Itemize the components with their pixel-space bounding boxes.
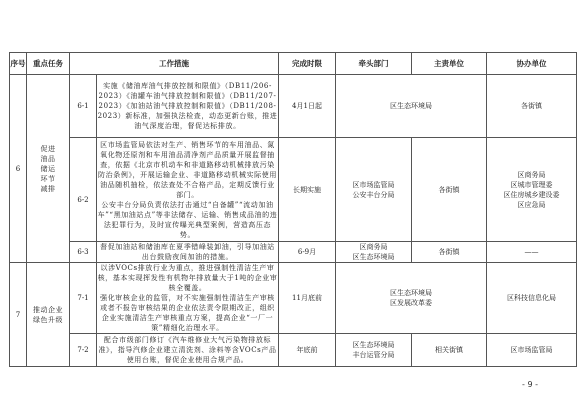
measure-paragraph: 实施《储油库油气排放控制和限值》（DB11/206-2023）《油罐车油气排放控… (97, 81, 278, 131)
dept-name: 区生态环境局 (336, 340, 411, 350)
lead-cell: 区生态环境局 丰台运管分局 (336, 334, 412, 367)
page-number: - 9 - (515, 380, 545, 389)
measure-paragraph: 配合市级部门修订《汽车维修业大气污染物排放标准》，指导汽修企业建立清洗剂、涂料等… (97, 335, 278, 365)
table-row: 6 促进 油品 储运 环节 减排 6-1 实施《储油库油气排放控制和限值》（DB… (10, 75, 577, 138)
header-measures: 工作措施 (70, 53, 279, 75)
table-row: 7 推动企业 绿色升级 7-1 以涉VOCs排放行业为重点，推进强制性清洁生产审… (10, 263, 577, 334)
measure-id: 7-2 (70, 334, 97, 367)
dept-name: 丰台运管分局 (336, 350, 411, 360)
table-header-row: 序号 重点任务 工作措施 完成时限 牵头部门 主责单位 协办单位 (10, 53, 577, 75)
dept-name: 区生态环境局 (336, 252, 411, 262)
dept-name: —— (487, 247, 576, 257)
dept-name: 公安丰台分局 (336, 190, 411, 200)
task-cell: 推动企业 绿色升级 (27, 263, 70, 367)
deadline-cell: 4月1日起 (279, 75, 336, 138)
measure-paragraph: 区市场监管局依法对生产、销售环节的车用油品、氮氧化物还原剂和车用油品清净剂产品质… (97, 140, 278, 200)
responsible-cell: 各街镇 (412, 242, 487, 263)
deadline-cell: 年底前 (279, 334, 336, 367)
header-deadline: 完成时限 (279, 53, 336, 75)
assist-cell: 区市场监管局 (487, 334, 577, 367)
deadline-cell: 11月底前 (279, 263, 336, 334)
table-row: 6-3 督促加油站和储油库在夏季错峰装卸油，引导加油站出台鼓励夜间加油的措施。 … (10, 242, 577, 263)
deadline-cell: 长期实施 (279, 138, 336, 242)
measure-text: 以涉VOCs排放行业为重点，推进强制性清洁生产审核，基本实现挥发性有机物年排放量… (97, 263, 279, 334)
task-cell: 促进 油品 储运 环节 减排 (27, 75, 70, 263)
dept-name: 相关街镇 (412, 345, 486, 355)
header-responsible: 主责单位 (412, 53, 487, 75)
measure-text: 区市场监管局依法对生产、销售环节的车用油品、氮氧化物还原剂和车用油品清净剂产品质… (97, 138, 279, 242)
dept-name: 区商务局 (336, 242, 411, 252)
task-line: 绿色升级 (27, 315, 69, 325)
responsible-cell: 各街镇 (412, 138, 487, 242)
header-task: 重点任务 (27, 53, 70, 75)
lead-responsible-cell: 区生态环境局 (336, 75, 487, 138)
lead-responsible-cell: 区生态环境局 区发展改革委 (336, 263, 487, 334)
dept-name: 区发展改革委 (336, 298, 486, 308)
header-lead: 牵头部门 (336, 53, 412, 75)
measure-text: 配合市级部门修订《汽车维修业大气污染物排放标准》，指导汽修企业建立清洗剂、涂料等… (97, 334, 279, 367)
task-line: 环节 (27, 174, 69, 184)
assist-cell: 各街镇 (487, 75, 577, 138)
dept-name: 区生态环境局 (336, 101, 486, 111)
measure-text: 督促加油站和储油库在夏季错峰装卸油，引导加油站出台鼓励夜间加油的措施。 (97, 242, 279, 263)
dept-name: 各街镇 (487, 101, 576, 111)
assist-cell: 区科技信息化局 (487, 263, 577, 334)
assist-cell: 区商务局 区城市管理委 区住房城乡建设委 区应急局 (487, 138, 577, 242)
dept-name: 区市场监管局 (487, 345, 576, 355)
measure-paragraph: 公安丰台分局负责依法打击通过“自备罐”“流动加油车”“黑加油站点”等非法储存、运… (97, 200, 278, 240)
measure-id: 6-3 (70, 242, 97, 263)
deadline-cell: 6-9月 (279, 242, 336, 263)
measure-paragraph: 强化审核企业的监管，对不实施强制性清洁生产审核或者不报告审核结果的企业依法责令限… (97, 293, 278, 333)
task-line: 储运 (27, 164, 69, 174)
lead-cell: 区市场监管局 公安丰台分局 (336, 138, 412, 242)
task-line: 油品 (27, 154, 69, 164)
dept-name: 区市场监管局 (336, 180, 411, 190)
header-seq: 序号 (10, 53, 27, 75)
dept-name: 区商务局 (487, 170, 576, 180)
work-plan-table: 序号 重点任务 工作措施 完成时限 牵头部门 主责单位 协办单位 6 促进 油品… (9, 52, 577, 367)
task-line: 促进 (27, 144, 69, 154)
dept-name: 各街镇 (412, 185, 486, 195)
measure-text: 实施《储油库油气排放控制和限值》（DB11/206-2023）《油罐车油气排放控… (97, 75, 279, 138)
responsible-cell: 相关街镇 (412, 334, 487, 367)
measure-paragraph: 以涉VOCs排放行业为重点，推进强制性清洁生产审核，基本实现挥发性有机物年排放量… (97, 263, 278, 293)
dept-name: 区应急局 (487, 200, 576, 210)
lead-cell: 区商务局 区生态环境局 (336, 242, 412, 263)
seq-cell: 7 (10, 263, 27, 367)
dept-name: 区城市管理委 (487, 180, 576, 190)
measure-paragraph: 督促加油站和储油库在夏季错峰装卸油，引导加油站出台鼓励夜间加油的措施。 (97, 242, 278, 262)
task-line: 推动企业 (27, 305, 69, 315)
assist-cell: —— (487, 242, 577, 263)
dept-name: 区住房城乡建设委 (487, 190, 576, 200)
table-row: 7-2 配合市级部门修订《汽车维修业大气污染物排放标准》，指导汽修企业建立清洗剂… (10, 334, 577, 367)
seq-cell: 6 (10, 75, 27, 263)
measure-id: 7-1 (70, 263, 97, 334)
table-row: 6-2 区市场监管局依法对生产、销售环节的车用油品、氮氧化物还原剂和车用油品清净… (10, 138, 577, 242)
header-assist: 协办单位 (487, 53, 577, 75)
task-line: 减排 (27, 184, 69, 194)
dept-name: 区生态环境局 (336, 288, 486, 298)
dept-name: 各街镇 (412, 247, 486, 257)
measure-id: 6-1 (70, 75, 97, 138)
dept-name: 区科技信息化局 (487, 293, 576, 303)
measure-id: 6-2 (70, 138, 97, 242)
